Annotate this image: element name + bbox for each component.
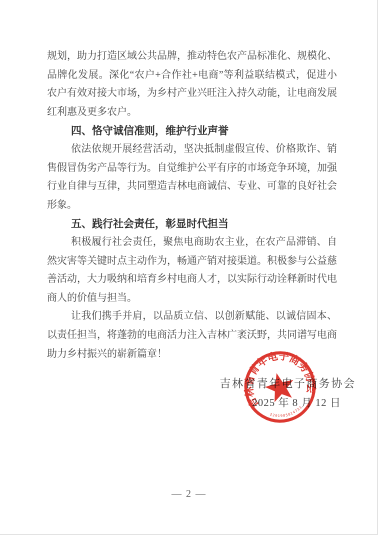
section-heading-5: 五、践行社会责任，彰显时代担当 [47, 215, 337, 234]
document-page: 规划，助力打造区域公共品牌，推动特色农产品标准化、规模化、品牌化发展。深化“农户… [0, 0, 378, 535]
section-heading-4: 四、恪守诚信准则，维护行业声誉 [47, 122, 337, 141]
page-number: — 2 — [0, 487, 378, 503]
signature-organization: 吉林省青年电子商务协会 [220, 374, 356, 394]
paragraph-closing: 让我们携手并肩，以品质立信、以创新赋能、以诚信固本、以责任担当，将蓬勃的电商活力… [47, 308, 337, 364]
paragraph-section-4: 依法依规开展经营活动，坚决抵制虚假宣传、价格欺诈、销售假冒伪劣产品等行为。自觉维… [47, 141, 337, 215]
signature-date: 2025 年 8 月 12 日 [252, 395, 341, 413]
paragraph-section-5: 积极履行社会责任，聚焦电商助农主业，在农产品滞销、自然灾害等关键时点主动作为，畅… [47, 234, 337, 308]
document-body: 规划，助力打造区域公共品牌，推动特色农产品标准化、规模化、品牌化发展。深化“农户… [47, 48, 337, 364]
paragraph-continued: 规划，助力打造区域公共品牌，推动特色农产品标准化、规模化、品牌化发展。深化“农户… [47, 48, 337, 122]
